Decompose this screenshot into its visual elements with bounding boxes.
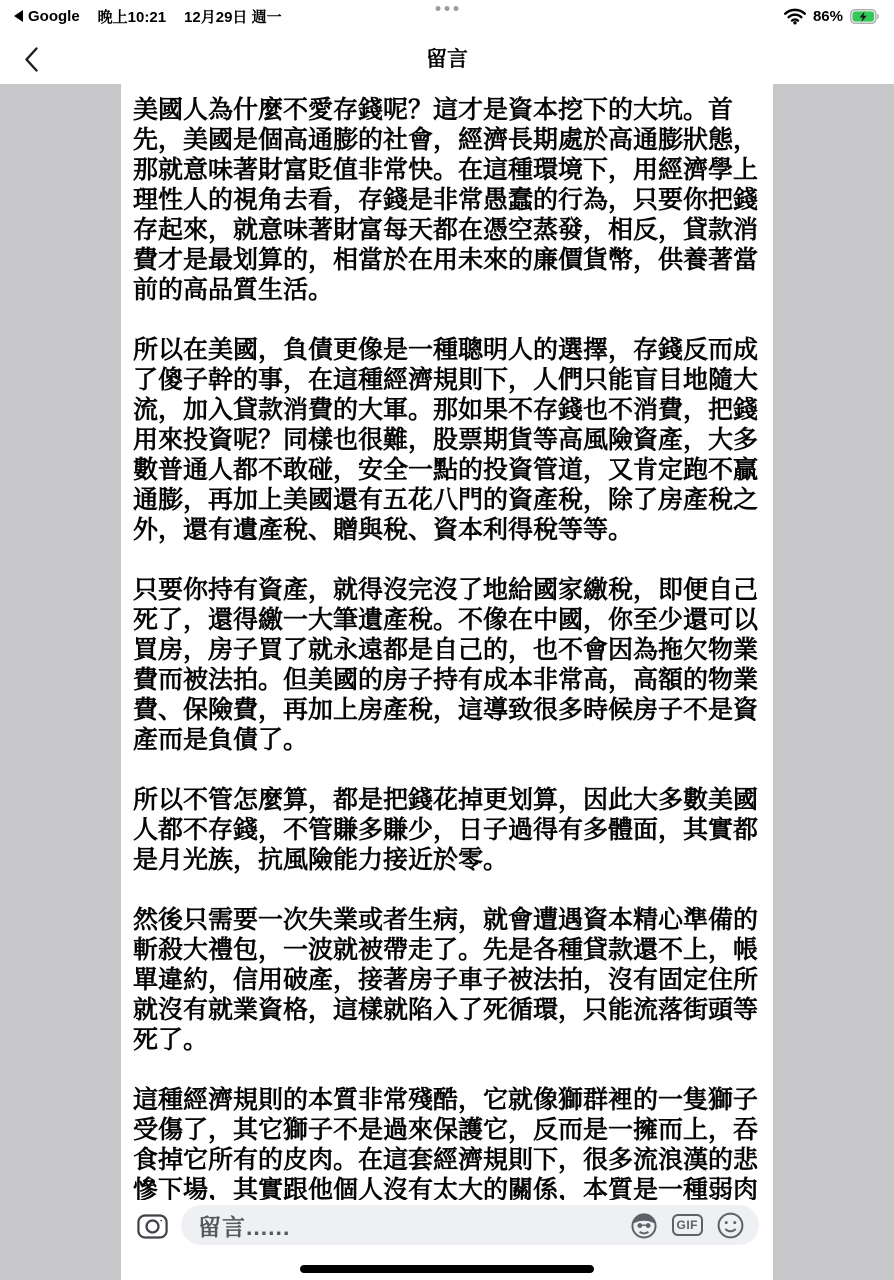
battery-percent: 86% (813, 8, 843, 25)
camera-button[interactable] (137, 1212, 168, 1239)
article-paragraph: 只要你持有資產，就得沒完沒了地給國家繳稅，即便自己死了，還得繳一大筆遺產稅。不像… (133, 575, 761, 755)
article-paragraph: 所以在美國，負債更像是一種聰明人的選擇，存錢反而成了傻子幹的事，在這種經濟規則下… (133, 335, 761, 545)
back-to-app-button[interactable]: Google (14, 8, 80, 25)
comment-input-placeholder: 留言...... (198, 1209, 629, 1242)
avatar-sticker-button[interactable] (629, 1210, 659, 1240)
comment-input[interactable]: 留言...... GIF (181, 1205, 759, 1245)
gif-icon: GIF (672, 1214, 704, 1236)
status-date: 12月29日 週一 (184, 6, 282, 27)
wifi-icon (784, 8, 806, 25)
comments-scroll-area[interactable]: 美國人為什麼不愛存錢呢？這才是資本挖下的大坑。首先，美國是個高通膨的社會，經濟長… (121, 84, 773, 1280)
battery-charging-icon (850, 9, 880, 24)
article-paragraph: 然後只需要一次失業或者生病，就會遭遇資本精心準備的斬殺大禮包，一波就被帶走了。先… (133, 905, 761, 1055)
article-paragraph: 所以不管怎麼算，都是把錢花掉更划算，因此大多數美國人都不存錢，不管賺多賺少，日子… (133, 785, 761, 875)
back-to-app-icon (14, 10, 23, 22)
back-button[interactable] (18, 44, 44, 74)
status-time: 晚上10:21 (98, 6, 166, 27)
article-paragraph: 美國人為什麼不愛存錢呢？這才是資本挖下的大坑。首先，美國是個高通膨的社會，經濟長… (133, 95, 761, 305)
article-text: 美國人為什麼不愛存錢呢？這才是資本挖下的大坑。首先，美國是個高通膨的社會，經濟長… (133, 95, 761, 1235)
back-to-app-label: Google (28, 8, 80, 25)
emoji-button[interactable] (716, 1211, 745, 1240)
multitasking-dots-icon[interactable] (436, 6, 459, 11)
status-bar: Google 晚上10:21 12月29日 週一 86% (0, 0, 894, 32)
nav-bar: 留言 (0, 32, 894, 84)
home-indicator[interactable] (300, 1265, 594, 1273)
page-title: 留言 (426, 43, 468, 73)
gif-button[interactable]: GIF (672, 1214, 704, 1236)
